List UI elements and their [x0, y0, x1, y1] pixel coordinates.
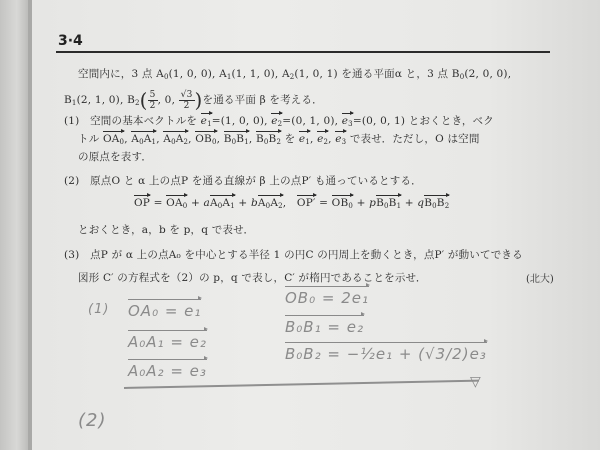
handwritten-eq-B0B2: B₀B₂ = −½e₁ + (√3/2)e₃ [285, 345, 487, 363]
part2-equations: OP = OA0 + aA0A1 + bA0A2, OP′ = OB0 + pB… [134, 197, 449, 210]
handwritten-eq-B0B1: B₀B₁ = e₂ [285, 318, 364, 336]
problem-number: 3·4 [58, 33, 83, 49]
handwritten-eq-A0A1: A₀A₁ = e₂ [128, 333, 207, 351]
handwritten-eq-A0A2: A₀A₂ = e₃ [128, 362, 207, 380]
part2-line-1: (2) 原点O と α 上の点P を通る直線が β 上の点P′ も通っているとす… [64, 173, 422, 188]
part3-line-1: (3) 点P が α 上の点A₀ を中心とする半径 1 の円C の円周上を動くと… [64, 247, 523, 262]
part1-line-2: トル OA0, A0A1, A0A2, OB0, B0B1, B0B2 を e1… [78, 131, 480, 146]
part2-line-3: とおくとき，a，b を p，q で表せ． [78, 222, 254, 237]
intro-line-1: 空間内に，3 点 A0(1, 0, 0), A1(1, 1, 0), A2(1,… [78, 66, 511, 81]
adjacent-page-edge [0, 0, 28, 450]
intro-line-2: B1(2, 1, 0), B2(52, 0, √32)を通る平面 β を考える． [64, 88, 323, 112]
handwritten-eq-OA0: OA₀ = e₁ [128, 302, 201, 320]
part1-line-1: (1) 空間の基本ベクトルを e1=(1, 0, 0), e2=(0, 1, 0… [64, 113, 494, 128]
handwritten-eq-OB0: OB₀ = 2e₁ [285, 289, 369, 307]
handwritten-answer1-label: (1) [88, 302, 109, 317]
fraction-5-2: 52 [148, 90, 158, 111]
handwritten-check-mark: ▽ [470, 374, 482, 390]
part3-line-2: 図形 C′ の方程式を（2）の p，q で表し，C′ が楕円であることを示せ． [78, 270, 427, 285]
handwritten-answer2-label: (2) [78, 410, 107, 431]
part1-line-3: の原点を表す． [78, 149, 152, 164]
heading-rule [56, 51, 550, 53]
source-citation: (北大) [526, 270, 554, 285]
fraction-sqrt3-2: √32 [179, 90, 195, 111]
